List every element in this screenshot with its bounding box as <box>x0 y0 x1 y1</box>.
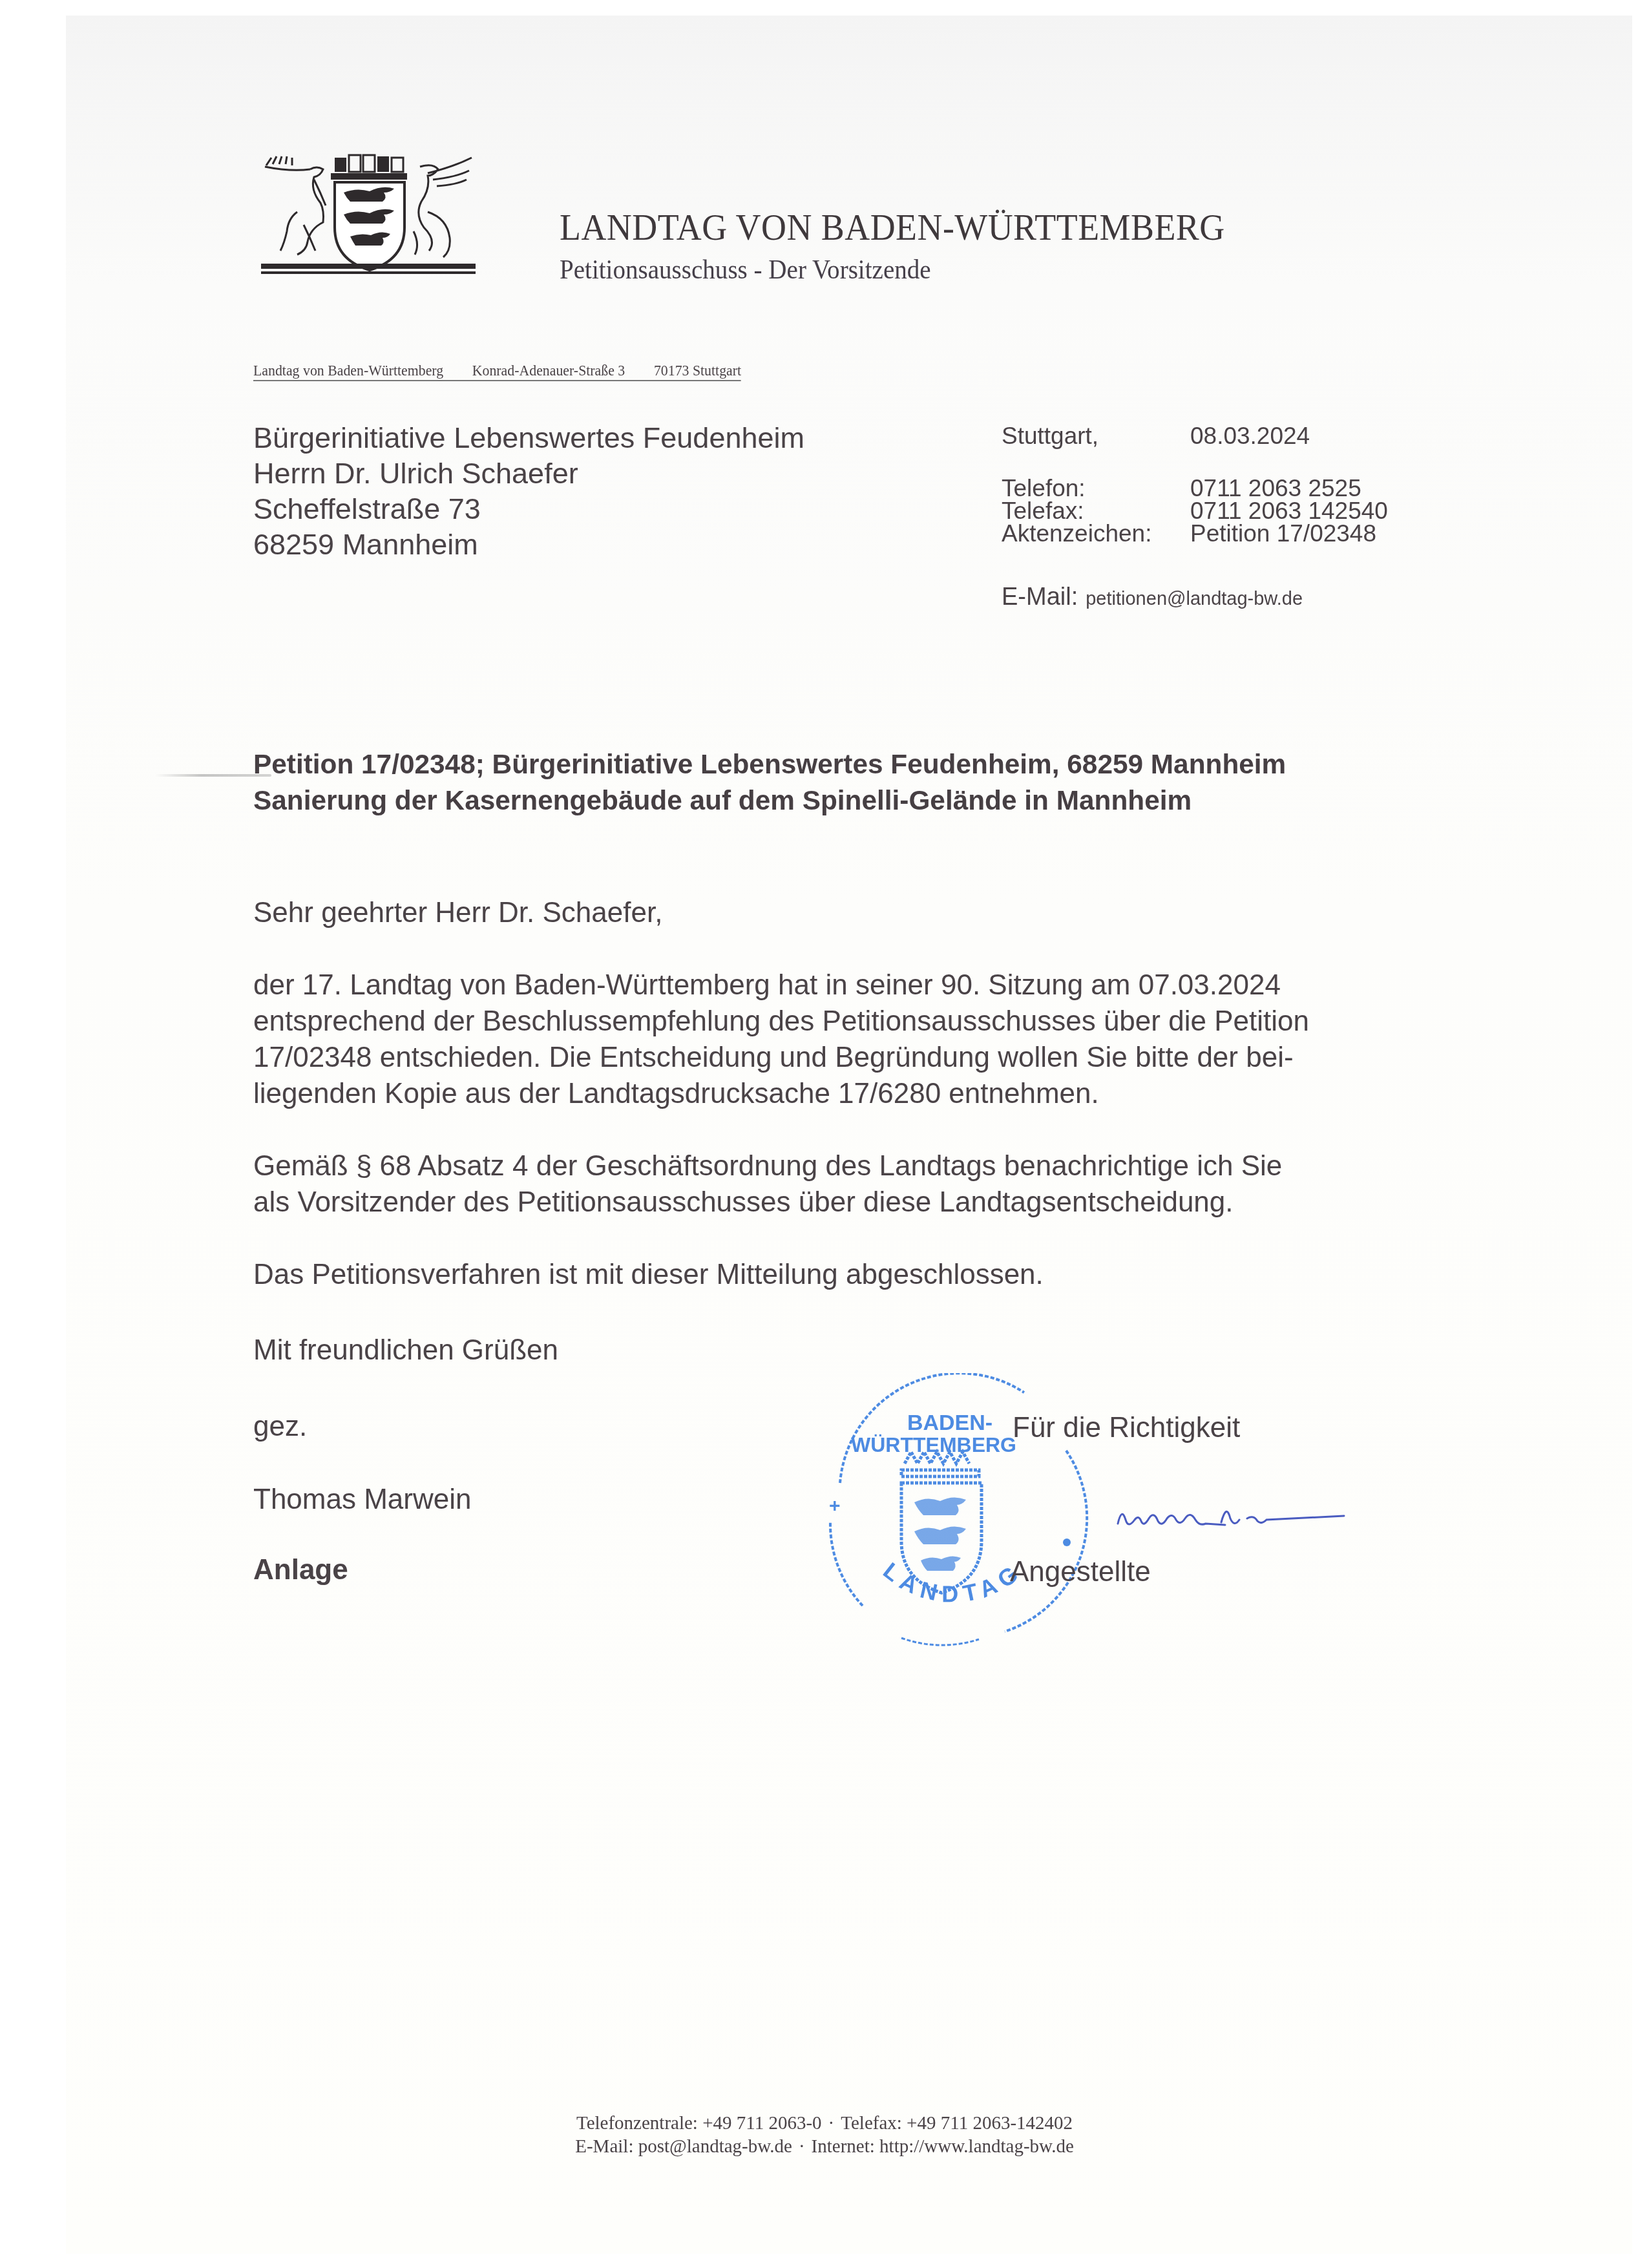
certifier-role: Angestellte <box>1010 1556 1151 1588</box>
reference-value: Petition 17/02348 <box>1190 519 1376 548</box>
recipient-line: Bürgerinitiative Lebenswertes Feudenheim <box>253 420 804 456</box>
footer-fax: Telefax: +49 711 2063-142402 <box>841 2113 1073 2134</box>
subject-line: Petition 17/02348; Bürgerinitiative Lebe… <box>253 746 1286 819</box>
paragraph-line: Gemäß § 68 Absatz 4 der Geschäftsordnung… <box>253 1148 1309 1184</box>
letter-date: 08.03.2024 <box>1190 421 1310 450</box>
recipient-line: Scheffelstraße 73 <box>253 491 804 527</box>
email-label: E-Mail: <box>1002 583 1078 612</box>
coat-of-arms-icon <box>258 154 478 277</box>
letterhead-institution: LANDTAG VON BADEN-WÜRTTEMBERG <box>560 205 1225 249</box>
date-row: Stuttgart, 08.03.2024 <box>1002 421 1388 450</box>
signer-name: Thomas Marwein <box>253 1484 471 1516</box>
paragraph-line: liegenden Kopie aus der Landtagsdrucksac… <box>253 1076 1309 1112</box>
recipient-line: 68259 Mannheim <box>253 527 804 562</box>
closing-gez: gez. <box>253 1411 307 1443</box>
return-address-line: Landtag von Baden-Württemberg Konrad-Ade… <box>253 362 741 381</box>
email-value[interactable]: petitionen@landtag-bw.de <box>1086 585 1303 614</box>
salutation: Sehr geehrter Herr Dr. Schaefer, <box>253 895 1309 931</box>
return-address-street: Konrad-Adenauer-Straße 3 <box>472 362 625 379</box>
letter-body: Sehr geehrter Herr Dr. Schaefer, der 17.… <box>253 895 1309 1293</box>
footer-phone: Telefonzentrale: +49 711 2063-0 <box>576 2113 822 2134</box>
closing-regards: Mit freundlichen Grüßen <box>253 1334 558 1367</box>
svg-text:BADEN-: BADEN- <box>907 1411 993 1435</box>
return-address-city: 70173 Stuttgart <box>654 362 741 379</box>
paragraph-line: 17/02348 entschieden. Die Entscheidung u… <box>253 1040 1309 1076</box>
footer-line-1: Telefonzentrale: +49 711 2063-0·Telefax:… <box>0 2112 1649 2135</box>
subject-line-1: Petition 17/02348; Bürgerinitiative Lebe… <box>253 746 1286 782</box>
paragraph-notification: Gemäß § 68 Absatz 4 der Geschäftsordnung… <box>253 1148 1309 1221</box>
recipient-line: Herrn Dr. Ulrich Schaefer <box>253 456 804 491</box>
footer-email[interactable]: E-Mail: post@landtag-bw.de <box>575 2136 792 2157</box>
paragraph-line: der 17. Landtag von Baden-Württemberg ha… <box>253 967 1309 1003</box>
handwritten-signature <box>1111 1499 1357 1538</box>
email-row: E-Mail: petitionen@landtag-bw.de <box>1002 583 1388 614</box>
letter-footer: Telefonzentrale: +49 711 2063-0·Telefax:… <box>0 2112 1649 2158</box>
paragraph-line: als Vorsitzender des Petitionsausschusse… <box>253 1184 1309 1221</box>
recipient-address: Bürgerinitiative Lebenswertes Feudenheim… <box>253 420 804 562</box>
attachment-label: Anlage <box>253 1554 348 1586</box>
reference-label: Aktenzeichen: <box>1002 519 1190 548</box>
reference-row: Aktenzeichen: Petition 17/02348 <box>1002 519 1388 548</box>
footer-line-2: E-Mail: post@landtag-bw.de·Internet: htt… <box>0 2135 1649 2158</box>
certification-label: Für die Richtigkeit <box>1013 1412 1240 1444</box>
letter-info-block: Stuttgart, 08.03.2024 Telefon: 0711 2063… <box>1002 421 1388 614</box>
letterhead-department: Petitionsausschuss - Der Vorsitzende <box>560 255 931 286</box>
return-address-name: Landtag von Baden-Württemberg <box>253 362 443 379</box>
footer-website[interactable]: Internet: http://www.landtag-bw.de <box>812 2136 1074 2157</box>
paragraph-line: entsprechend der Beschlussempfehlung des… <box>253 1003 1309 1040</box>
subject-line-2: Sanierung der Kasernengebäude auf dem Sp… <box>253 782 1286 819</box>
svg-text:WÜRTTEMBERG: WÜRTTEMBERG <box>851 1433 1016 1456</box>
place-label: Stuttgart, <box>1002 421 1190 450</box>
svg-text:+: + <box>829 1495 841 1517</box>
paragraph-conclusion: Das Petitionsverfahren ist mit dieser Mi… <box>253 1257 1309 1293</box>
paragraph-decision: der 17. Landtag von Baden-Württemberg ha… <box>253 967 1309 1112</box>
